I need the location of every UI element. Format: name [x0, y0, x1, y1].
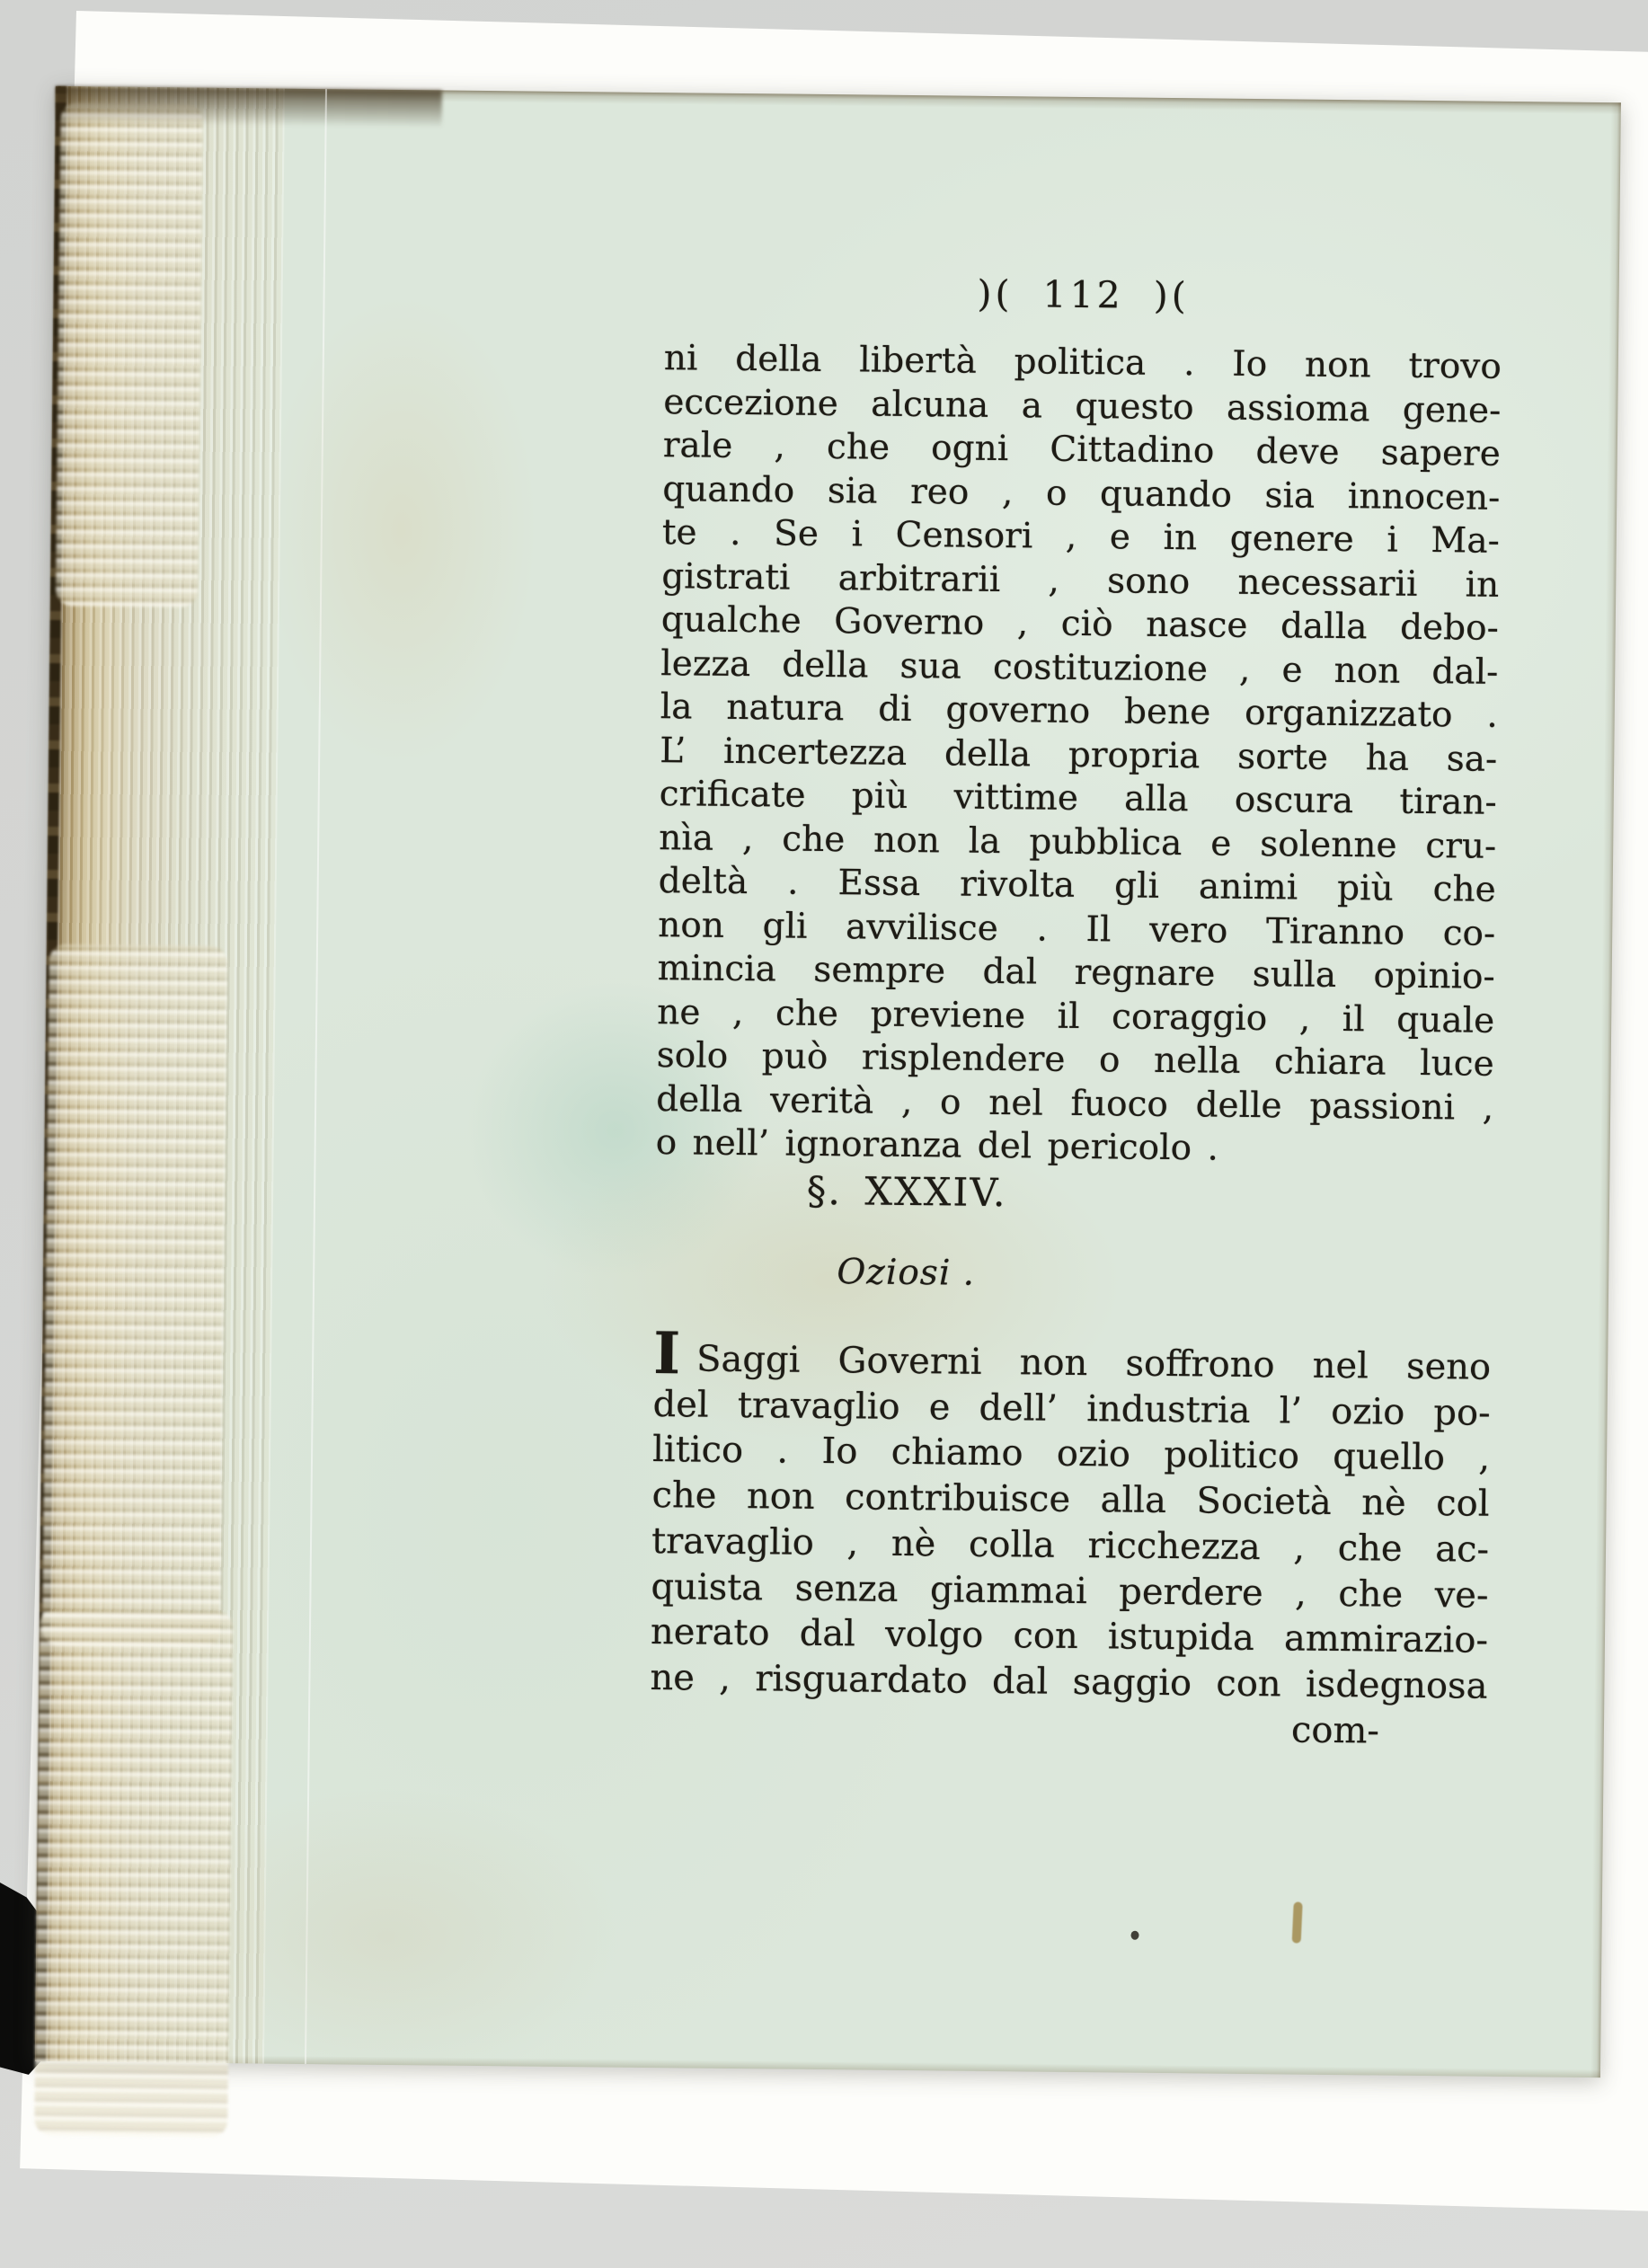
text-line: ne , risguardato dal saggio con isdegnos… [650, 1655, 1487, 1709]
page-content: )( 112 )( ni della libertà politica . Io… [35, 86, 1621, 2078]
text-line: travaglio , nè colla ricchezza , che ac- [651, 1519, 1489, 1573]
book-page: )( 112 )( ni della libertà politica . Io… [35, 86, 1621, 2078]
first-line-text: Saggi Governi non soffrono nel seno [696, 1339, 1491, 1388]
section-subheading: Oziosi . [654, 1250, 1157, 1296]
paragraph-1: ni della libertà politica . Io non trovo… [655, 337, 1502, 1174]
drop-cap-initial: I [653, 1320, 681, 1387]
section-heading: §. XXXIV. [655, 1167, 1158, 1218]
ink-mark [1292, 1901, 1303, 1943]
text-line: o nell’ ignoranza del pericolo . [655, 1121, 1493, 1174]
text-line: ISaggi Governi non soffrono nel seno [653, 1336, 1491, 1390]
catchword: com- [650, 1703, 1379, 1752]
paragraph-2: ISaggi Governi non soffrono nel seno del… [650, 1336, 1491, 1709]
ink-mark [1130, 1931, 1139, 1940]
paragraph-2-rest: del travaglio e dell’ industria l’ ozio … [650, 1382, 1491, 1710]
page-number-header: )( 112 )( [664, 269, 1502, 321]
